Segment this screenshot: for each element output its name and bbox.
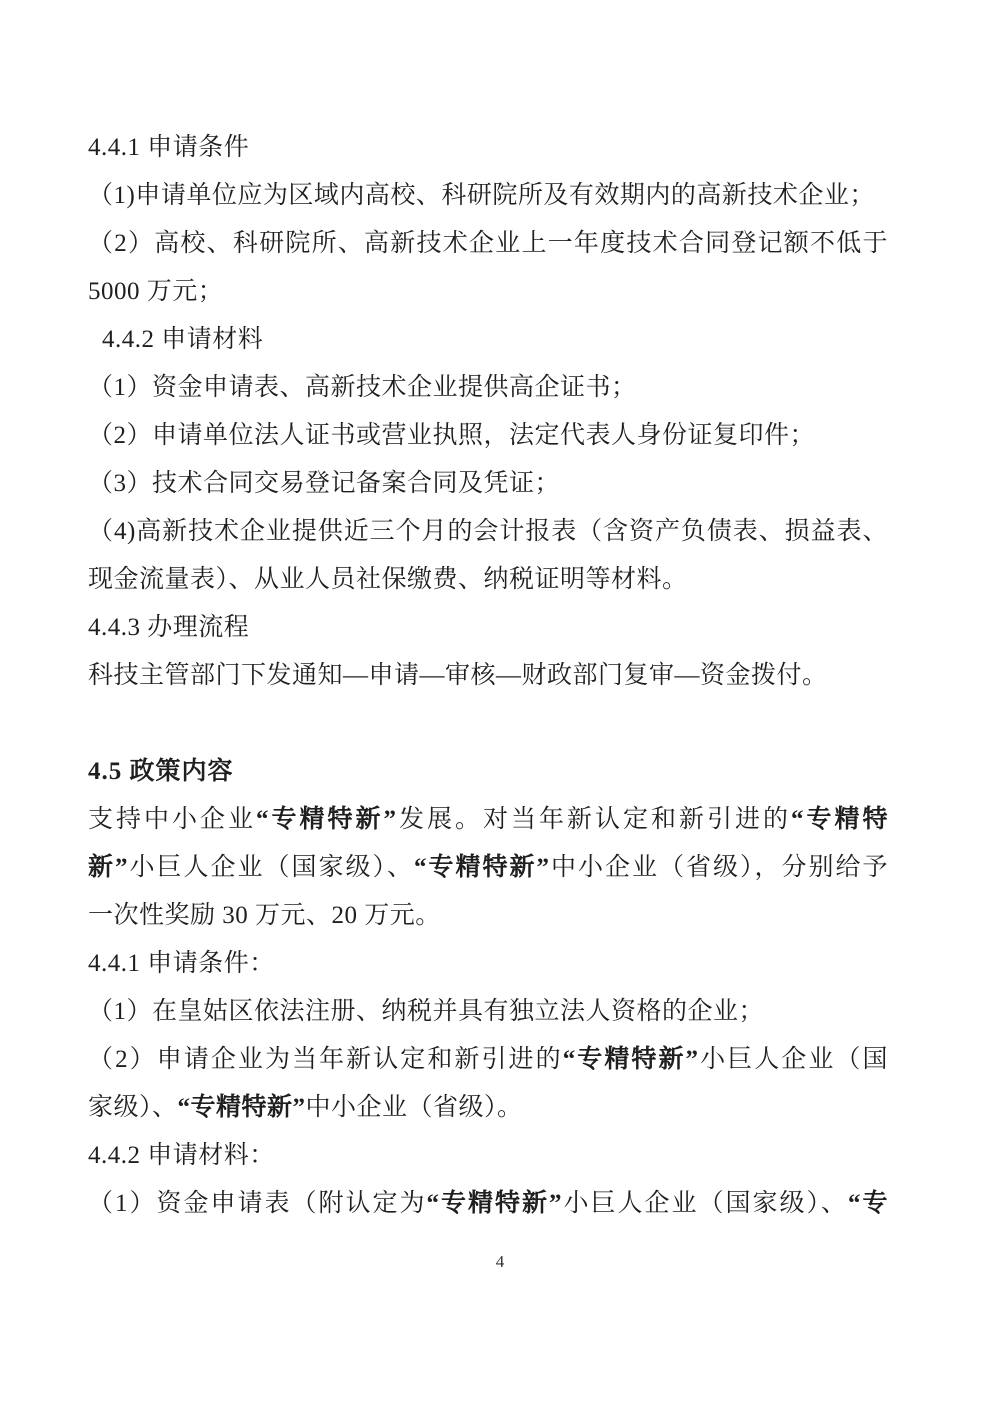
text-segment: （2）申请企业为当年新认定和新引进的 xyxy=(88,1046,563,1073)
item-line: （2）申请单位法人证书或营业执照，法定代表人身份证复印件； xyxy=(88,412,888,460)
text-segment: 支持中小企业 xyxy=(88,806,256,833)
text-segment: 小巨人企业（国家级）、 xyxy=(562,1190,848,1217)
text-segment: 发展。对当年新认定和新引进的 xyxy=(397,806,791,833)
text-segment: （1）在皇姑区依法注册、纳税并具有独立法人资格的企业； xyxy=(88,998,764,1025)
document-body: 4.4.1 申请条件（1)申请单位应为区域内高校、科研院所及有效期内的高新技术企… xyxy=(88,124,888,1228)
text-segment: 4.4.1 申请条件 xyxy=(88,134,249,161)
emphasis-text: “专精特新” xyxy=(563,1046,699,1073)
heading-4-4-2: 4.4.2 申请材料 xyxy=(88,316,888,364)
item-line-continuation: 家级）、“专精特新”中小企业（省级）。 xyxy=(88,1084,888,1132)
heading-4-4-1: 4.4.1 申请条件 xyxy=(88,124,888,172)
heading-4-4-3: 4.4.3 办理流程 xyxy=(88,604,888,652)
text-segment: （4)高新技术企业提供近三个月的会计报表（含资产负债表、损益表、 xyxy=(88,518,888,545)
item-line: （2）申请企业为当年新认定和新引进的“专精特新”小巨人企业（国 xyxy=(88,1036,888,1084)
emphasis-text: “专精特新” xyxy=(426,1190,562,1217)
text-segment: 科技主管部门下发通知—申请—审核—财政部门复审—资金拨付。 xyxy=(88,662,828,689)
policy-line: 支持中小企业“专精特新”发展。对当年新认定和新引进的“专精特 xyxy=(88,796,888,844)
text-segment: （2）申请单位法人证书或营业执照，法定代表人身份证复印件； xyxy=(88,422,815,449)
policy-line: 一次性奖励 30 万元、20 万元。 xyxy=(88,892,888,940)
item-line: （1）在皇姑区依法注册、纳税并具有独立法人资格的企业； xyxy=(88,988,888,1036)
text-segment: 小巨人企业（国家级）、 xyxy=(128,854,414,881)
item-line: （1)申请单位应为区域内高校、科研院所及有效期内的高新技术企业； xyxy=(88,172,888,220)
emphasis-text: 4.5 政策内容 xyxy=(88,758,234,785)
text-segment: （1）资金申请表（附认定为 xyxy=(88,1190,426,1217)
emphasis-text: “专精特 xyxy=(791,806,888,833)
text-segment: （2）高校、科研院所、高新技术企业上一年度技术合同登记额不低于 xyxy=(88,230,888,257)
text-segment: 中小企业（省级），分别给予 xyxy=(549,854,887,881)
text-segment: 家级）、 xyxy=(88,1094,178,1121)
text-segment: （1)申请单位应为区域内高校、科研院所及有效期内的高新技术企业； xyxy=(88,182,875,209)
text-segment: 现金流量表）、从业人员社保缴费、纳税证明等材料。 xyxy=(88,566,688,593)
emphasis-text: “专精特新” xyxy=(178,1094,306,1121)
item-line: （3）技术合同交易登记备案合同及凭证； xyxy=(88,460,888,508)
heading-4-4-2-second: 4.4.2 申请材料： xyxy=(88,1132,888,1180)
section-heading-4-5: 4.5 政策内容 xyxy=(88,748,888,796)
text-segment: 4.4.2 申请材料 xyxy=(102,326,263,353)
item-line: （4)高新技术企业提供近三个月的会计报表（含资产负债表、损益表、 xyxy=(88,508,888,556)
item-line-continuation: 5000 万元； xyxy=(88,268,888,316)
heading-4-4-1-second: 4.4.1 申请条件： xyxy=(88,940,888,988)
text-segment: （1）资金申请表、高新技术企业提供高企证书； xyxy=(88,374,637,401)
text-segment: 4.4.3 办理流程 xyxy=(88,614,249,641)
document-page: 4.4.1 申请条件（1)申请单位应为区域内高校、科研院所及有效期内的高新技术企… xyxy=(0,0,1000,1413)
emphasis-text: “专精特新” xyxy=(414,854,550,881)
policy-line: 新”小巨人企业（国家级）、“专精特新”中小企业（省级），分别给予 xyxy=(88,844,888,892)
text-segment: 一次性奖励 30 万元、20 万元。 xyxy=(88,902,441,929)
text-segment: 5000 万元； xyxy=(88,278,223,305)
text-segment: 小巨人企业（国 xyxy=(699,1046,888,1073)
item-line-continuation: 现金流量表）、从业人员社保缴费、纳税证明等材料。 xyxy=(88,556,888,604)
text-segment: 中小企业（省级）。 xyxy=(306,1094,523,1121)
blank-line xyxy=(88,700,888,748)
emphasis-text: “专 xyxy=(848,1190,888,1217)
process-line: 科技主管部门下发通知—申请—审核—财政部门复审—资金拨付。 xyxy=(88,652,888,700)
text-segment: 4.4.1 申请条件： xyxy=(88,950,275,977)
page-number: 4 xyxy=(0,1250,1000,1274)
item-line: （1）资金申请表、高新技术企业提供高企证书； xyxy=(88,364,888,412)
text-segment: （3）技术合同交易登记备案合同及凭证； xyxy=(88,470,560,497)
text-segment: 4.4.2 申请材料： xyxy=(88,1142,275,1169)
item-line: （2）高校、科研院所、高新技术企业上一年度技术合同登记额不低于 xyxy=(88,220,888,268)
emphasis-text: 新” xyxy=(88,854,128,881)
emphasis-text: “专精特新” xyxy=(256,806,397,833)
item-line: （1）资金申请表（附认定为“专精特新”小巨人企业（国家级）、“专 xyxy=(88,1180,888,1228)
